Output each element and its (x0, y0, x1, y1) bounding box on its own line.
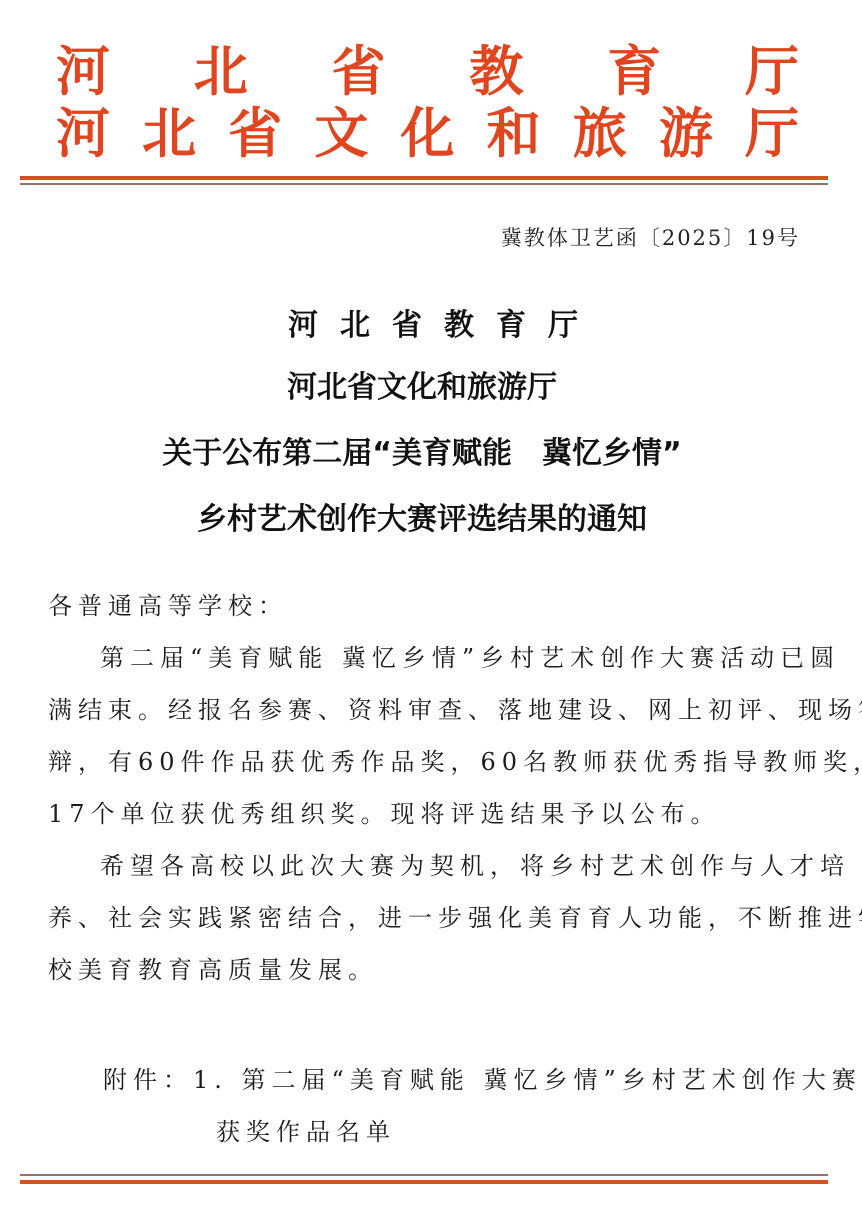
paragraph-1: 第二届“美育赋能 冀忆乡情”乡村艺术创作大赛活动已圆 满结束。经报名参赛、资料审… (48, 632, 808, 840)
attachment-block: 附件：1. 第二届“美育赋能 冀忆乡情”乡村艺术创作大赛 获奖作品名单 (103, 1054, 862, 1158)
masthead-rule-thick (20, 176, 828, 180)
attachment-item-1: 附件：1. 第二届“美育赋能 冀忆乡情”乡村艺术创作大赛 (103, 1054, 862, 1106)
title-line-4: 乡村艺术创作大赛评选结果的通知 (0, 494, 844, 538)
footer-rule-thin (20, 1174, 828, 1176)
masthead-char: 旅 (572, 104, 628, 162)
title-line-3: 关于公布第二届“美育赋能 冀忆乡情” (0, 428, 844, 472)
paragraph-line: 满结束。经报名参赛、资料审查、落地建设、网上初评、现场答 (48, 684, 808, 736)
document-number: 冀教体卫艺函〔2025〕19号 (501, 222, 800, 252)
paragraph-2: 希望各高校以此次大赛为契机，将乡村艺术创作与人才培 养、社会实践紧密结合，进一步… (48, 840, 808, 996)
masthead-char: 厅 (744, 104, 800, 162)
title-line-1: 河北省教育厅 (0, 300, 862, 344)
paragraph-line: 17个单位获优秀组织奖。现将评选结果予以公布。 (48, 788, 808, 840)
salutation: 各普通高等学校： (48, 580, 808, 632)
masthead-char: 河 (55, 42, 111, 100)
masthead-char: 化 (400, 104, 456, 162)
masthead-char: 育 (606, 42, 662, 100)
masthead-rule-thin (20, 183, 828, 185)
masthead-char: 北 (193, 42, 249, 100)
document-body: 各普通高等学校： 第二届“美育赋能 冀忆乡情”乡村艺术创作大赛活动已圆 满结束。… (48, 580, 808, 996)
attachment-item-number: 1. (193, 1066, 228, 1094)
masthead-char: 和 (486, 104, 542, 162)
paragraph-line: 辩，有60件作品获优秀作品奖，60名教师获优秀指导教师奖， (48, 736, 808, 788)
masthead-char: 教 (468, 42, 524, 100)
paragraph-line: 第二届“美育赋能 冀忆乡情”乡村艺术创作大赛活动已圆 (48, 632, 808, 684)
attachment-title: 第二届“美育赋能 冀忆乡情”乡村艺术创作大赛 (242, 1066, 862, 1094)
paragraph-line: 养、社会实践紧密结合，进一步强化美育育人功能，不断推进学 (48, 892, 808, 944)
masthead-char: 河 (55, 104, 111, 162)
footer-rule-thick (20, 1180, 828, 1184)
attachment-title-continuation: 获奖作品名单 (103, 1106, 862, 1158)
paragraph-line: 校美育教育高质量发展。 (48, 944, 808, 996)
attachment-label: 附件： (103, 1066, 193, 1094)
paragraph-line: 希望各高校以此次大赛为契机，将乡村艺术创作与人才培 (48, 840, 808, 892)
masthead-char: 文 (313, 104, 369, 162)
title-line-2: 河北省文化和旅游厅 (0, 362, 844, 406)
masthead-culture-tourism-department: 河 北 省 文 化 和 旅 游 厅 (55, 104, 800, 162)
masthead-char: 北 (141, 104, 197, 162)
masthead-char: 游 (658, 104, 714, 162)
masthead-education-department: 河 北 省 教 育 厅 (55, 42, 800, 100)
masthead-char: 省 (227, 104, 283, 162)
masthead-char: 厅 (744, 42, 800, 100)
masthead-char: 省 (331, 42, 387, 100)
